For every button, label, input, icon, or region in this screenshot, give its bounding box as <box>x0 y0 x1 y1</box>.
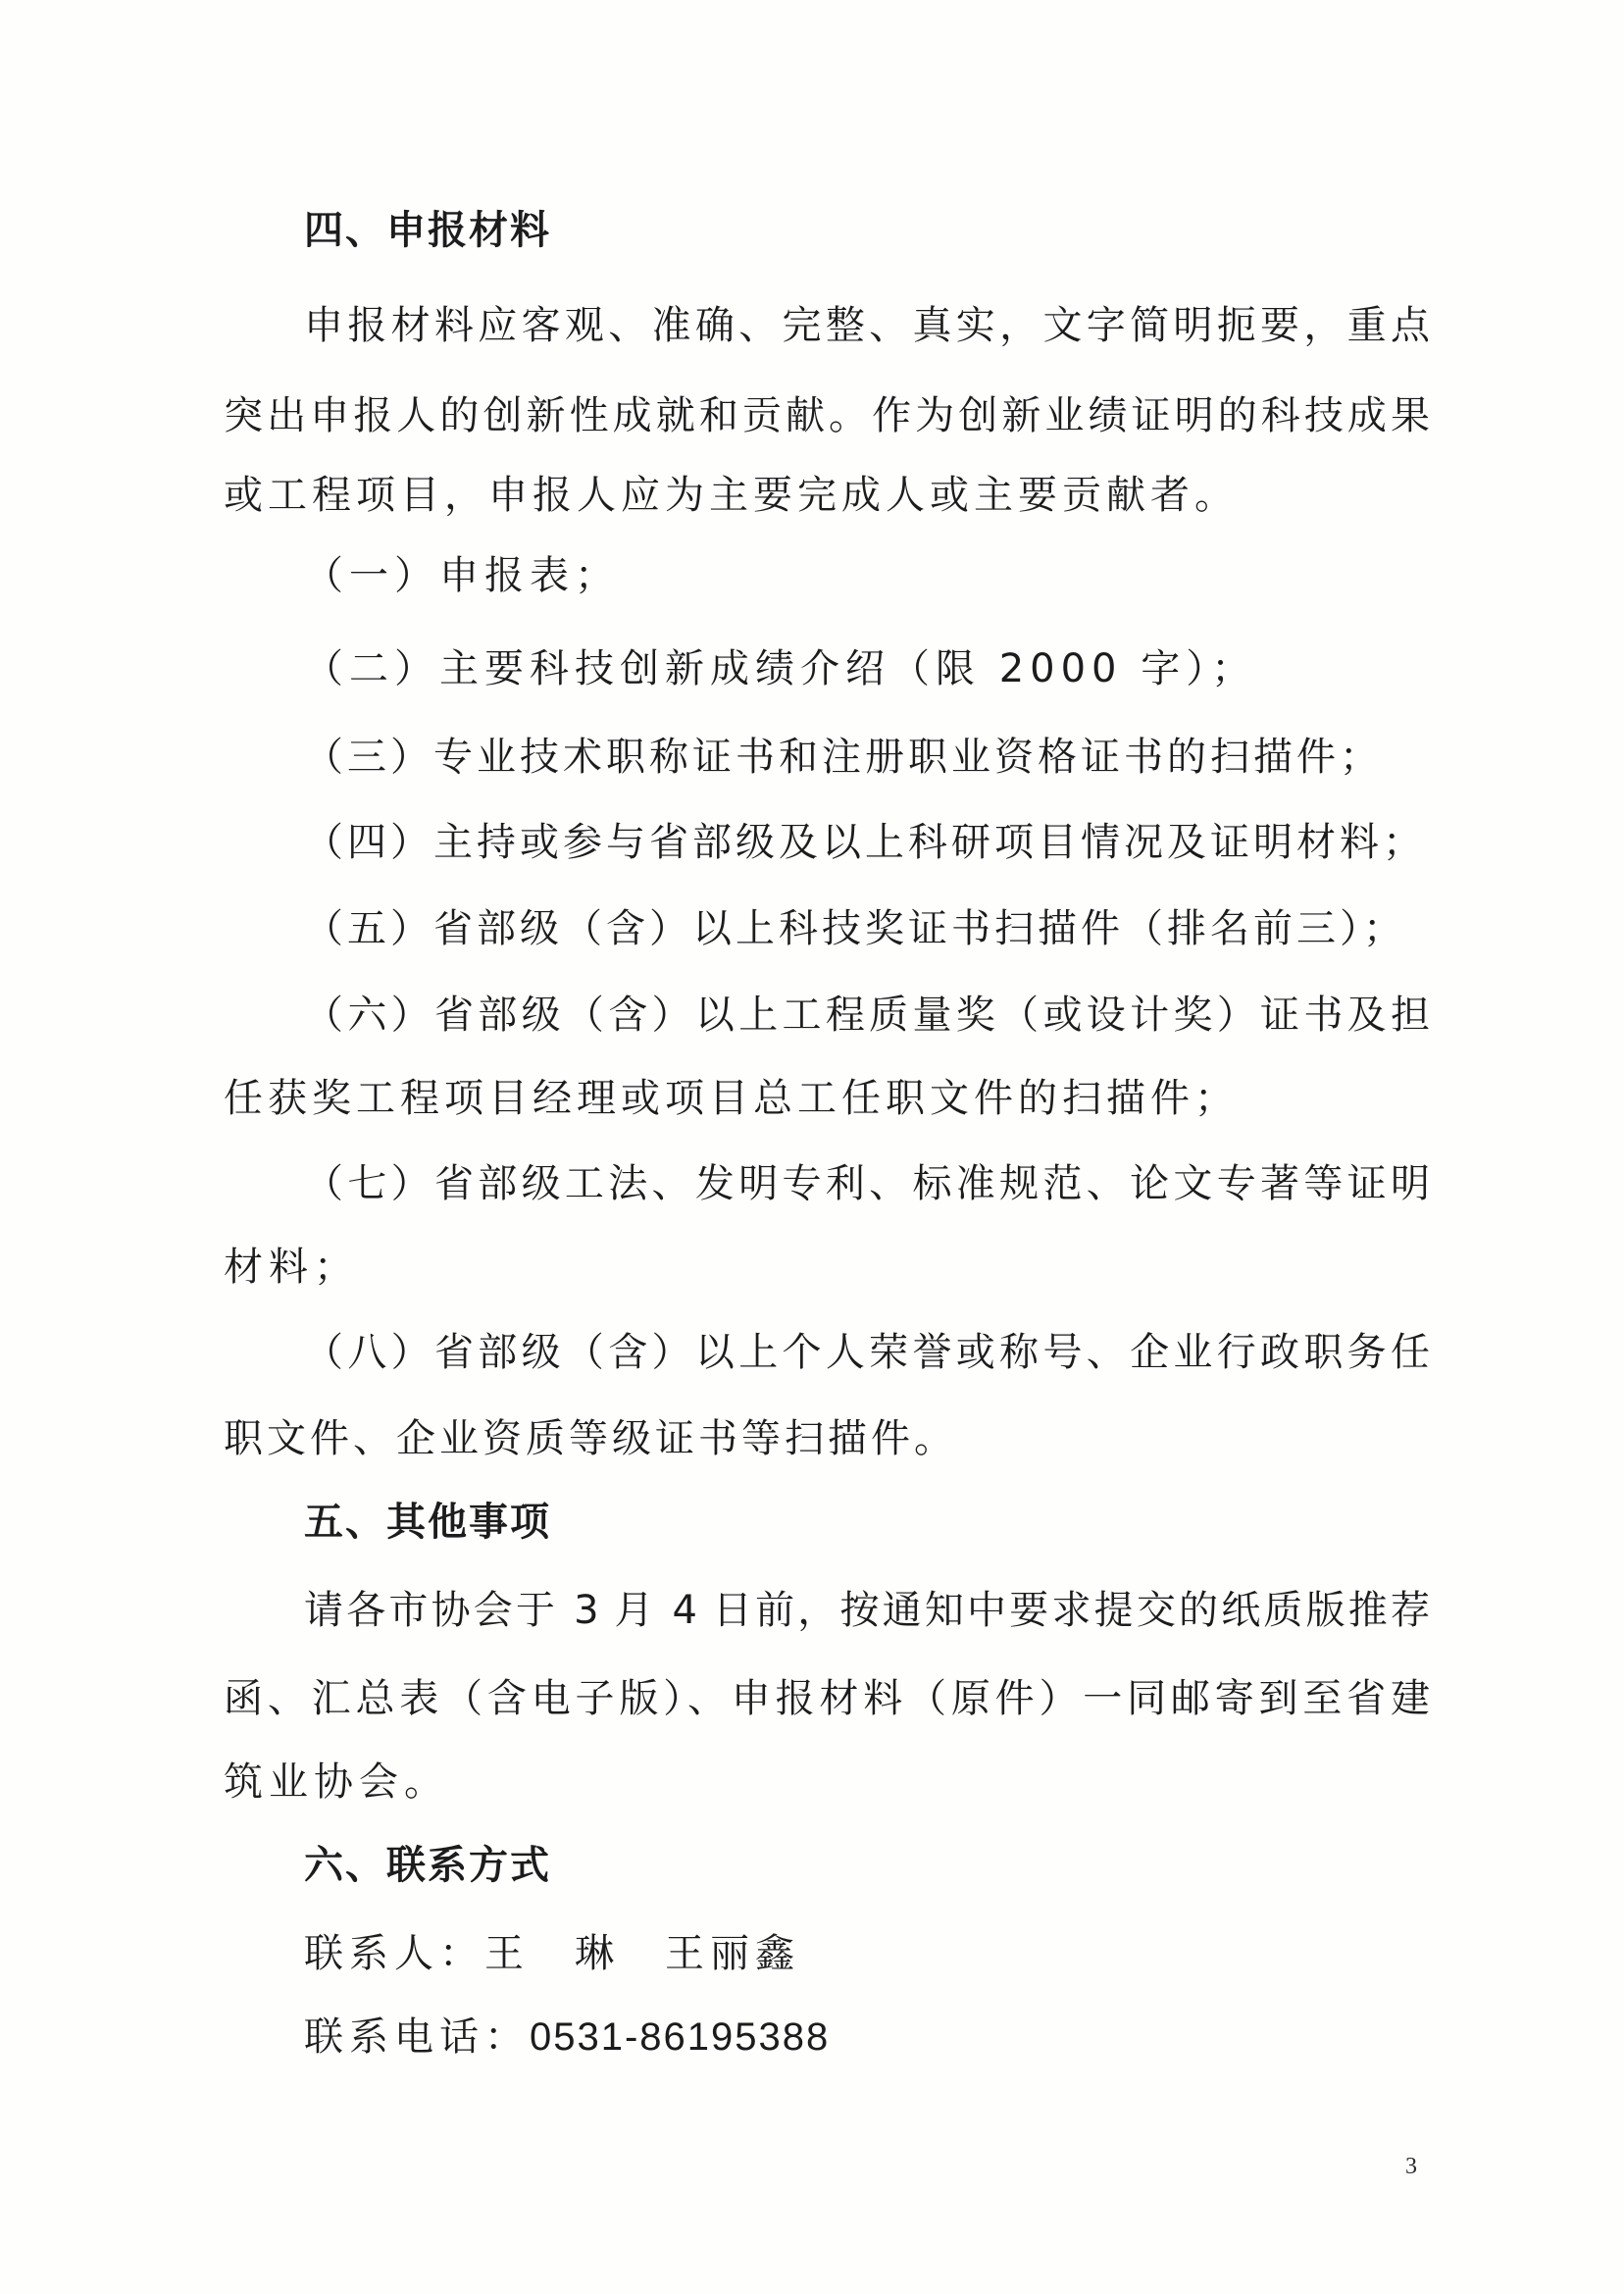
contact-phone-number: 0531-86195388 <box>530 2015 830 2059</box>
contact-phone-row: 联系电话：0531-86195388 <box>304 2011 830 2064</box>
paragraph-line: 或工程项目，申报人应为主要完成人或主要贡献者。 <box>224 469 1239 522</box>
section-heading-contact: 六、联系方式 <box>304 1839 551 1892</box>
contact-phone-label: 联系电话： <box>304 2014 530 2060</box>
list-item-8-line-1: （八）省部级（含）以上个人荣誉或称号、企业行政职务任 <box>304 1326 1430 1379</box>
list-item-6-line-1: （六）省部级（含）以上工程质量奖（或设计奖）证书及担 <box>304 989 1430 1042</box>
paragraph-line: 突出申报人的创新性成就和贡献。作为创新业绩证明的科技成果 <box>224 389 1430 442</box>
contact-person-names: 王 琳 王丽鑫 <box>484 1931 800 1976</box>
list-item-1: （一）申报表； <box>304 549 620 602</box>
section-heading-application-materials: 四、申报材料 <box>304 204 551 257</box>
list-item-8-line-2: 职文件、企业资质等级证书等扫描件。 <box>224 1412 957 1465</box>
list-item-6-line-2: 任获奖工程项目经理或项目总工任职文件的扫描件； <box>224 1072 1239 1125</box>
list-item-5: （五）省部级（含）以上科技奖证书扫描件（排名前三）； <box>304 902 1406 955</box>
list-item-3: （三）专业技术职称证书和注册职业资格证书的扫描件； <box>304 731 1383 784</box>
list-item-4: （四）主持或参与省部级及以上科研项目情况及证明材料； <box>304 816 1426 869</box>
list-item-2: （二）主要科技创新成绩介绍（限 2000 字）； <box>304 642 1256 695</box>
contact-person-label: 联系人： <box>304 1931 484 1976</box>
paragraph-line: 申报材料应客观、准确、完整、真实，文字简明扼要，重点 <box>304 299 1430 352</box>
paragraph-line: 函、汇总表（含电子版）、申报材料（原件）一同邮寄到至省建 <box>224 1672 1430 1725</box>
contact-person-row: 联系人：王 琳 王丽鑫 <box>304 1927 800 1980</box>
paragraph-line: 筑业协会。 <box>224 1756 449 1809</box>
section-heading-other-matters: 五、其他事项 <box>304 1496 551 1549</box>
list-item-7-line-2: 材料； <box>224 1241 359 1294</box>
paragraph-line: 请各市协会于 3 月 4 日前，按通知中要求提交的纸质版推荐 <box>304 1584 1430 1637</box>
document-page: 四、申报材料 申报材料应客观、准确、完整、真实，文字简明扼要，重点 突出申报人的… <box>0 0 1624 2294</box>
page-number: 3 <box>1405 2154 1417 2180</box>
list-item-7-line-1: （七）省部级工法、发明专利、标准规范、论文专著等证明 <box>304 1157 1430 1210</box>
